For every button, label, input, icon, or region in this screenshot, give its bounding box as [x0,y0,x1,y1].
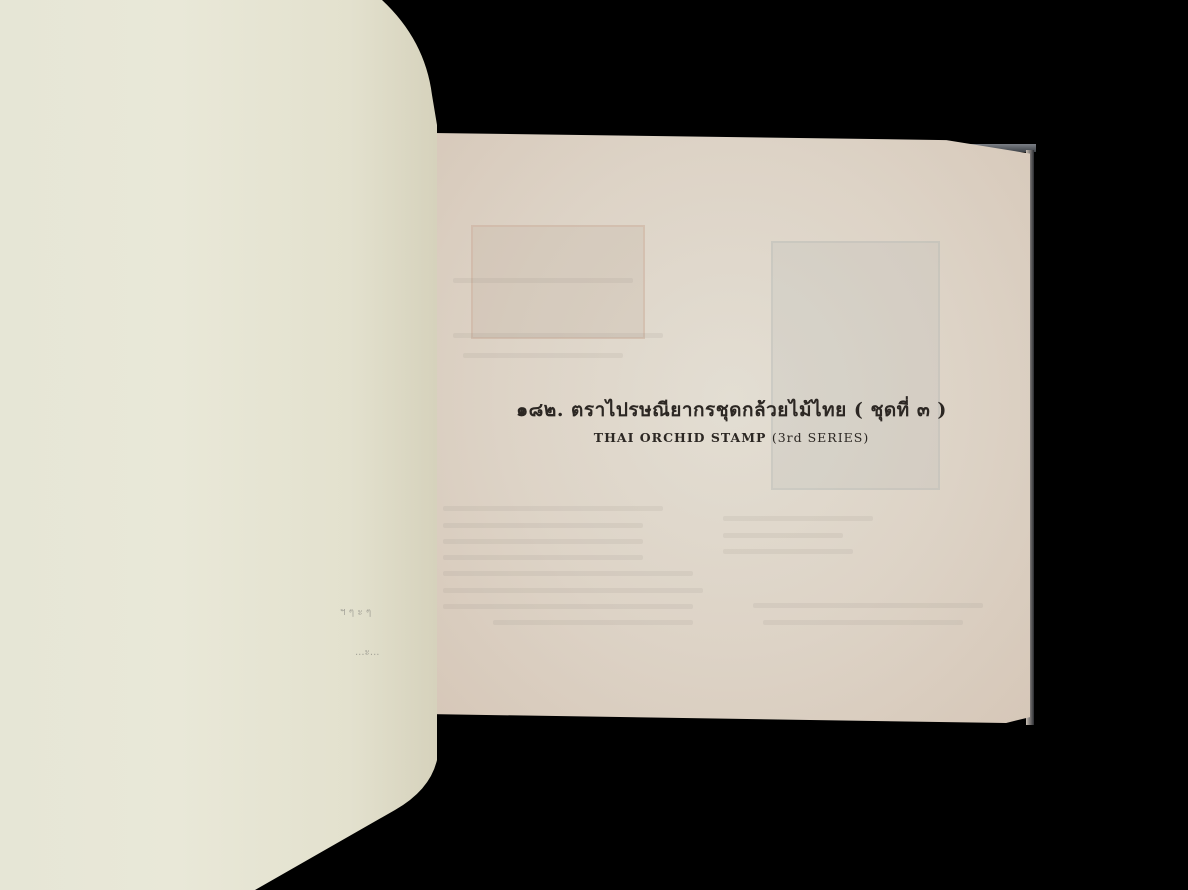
show-through-text [453,278,633,283]
section-heading-thai: ๑๘๒. ตราไปรษณียากรชุดกล้วยไม้ไทย ( ชุดที… [433,395,1030,425]
show-through-text [443,555,643,560]
show-through-text [443,571,693,576]
left-page-faint-mark: ฯ ๆ ะ ๆ [340,605,371,620]
show-through-text [723,549,853,554]
right-page [433,133,1030,723]
section-heading-english: THAI ORCHID STAMP (3rd SERIES) [433,430,1030,445]
show-through-text [723,533,843,538]
left-page-curled: ฯ ๆ ะ ๆ ...ะ... [0,0,437,890]
heading-english-main: THAI ORCHID STAMP [594,430,767,445]
show-through-text [763,620,963,625]
heading-english-series: (3rd SERIES) [772,430,869,445]
show-through-text [443,506,663,511]
show-through-text [723,516,873,521]
show-through-text [443,523,643,528]
book-photo: ๑๘๒. ตราไปรษณียากรชุดกล้วยไม้ไทย ( ชุดที… [0,0,1188,890]
left-page-faint-mark: ...ะ... [355,645,379,660]
show-through-text [753,603,983,608]
show-through-text [443,604,693,609]
show-through-text [493,620,693,625]
show-through-text [463,353,623,358]
show-through-stamp-right [771,241,940,490]
show-through-text [443,588,703,593]
show-through-text [443,539,643,544]
show-through-text [453,333,663,338]
